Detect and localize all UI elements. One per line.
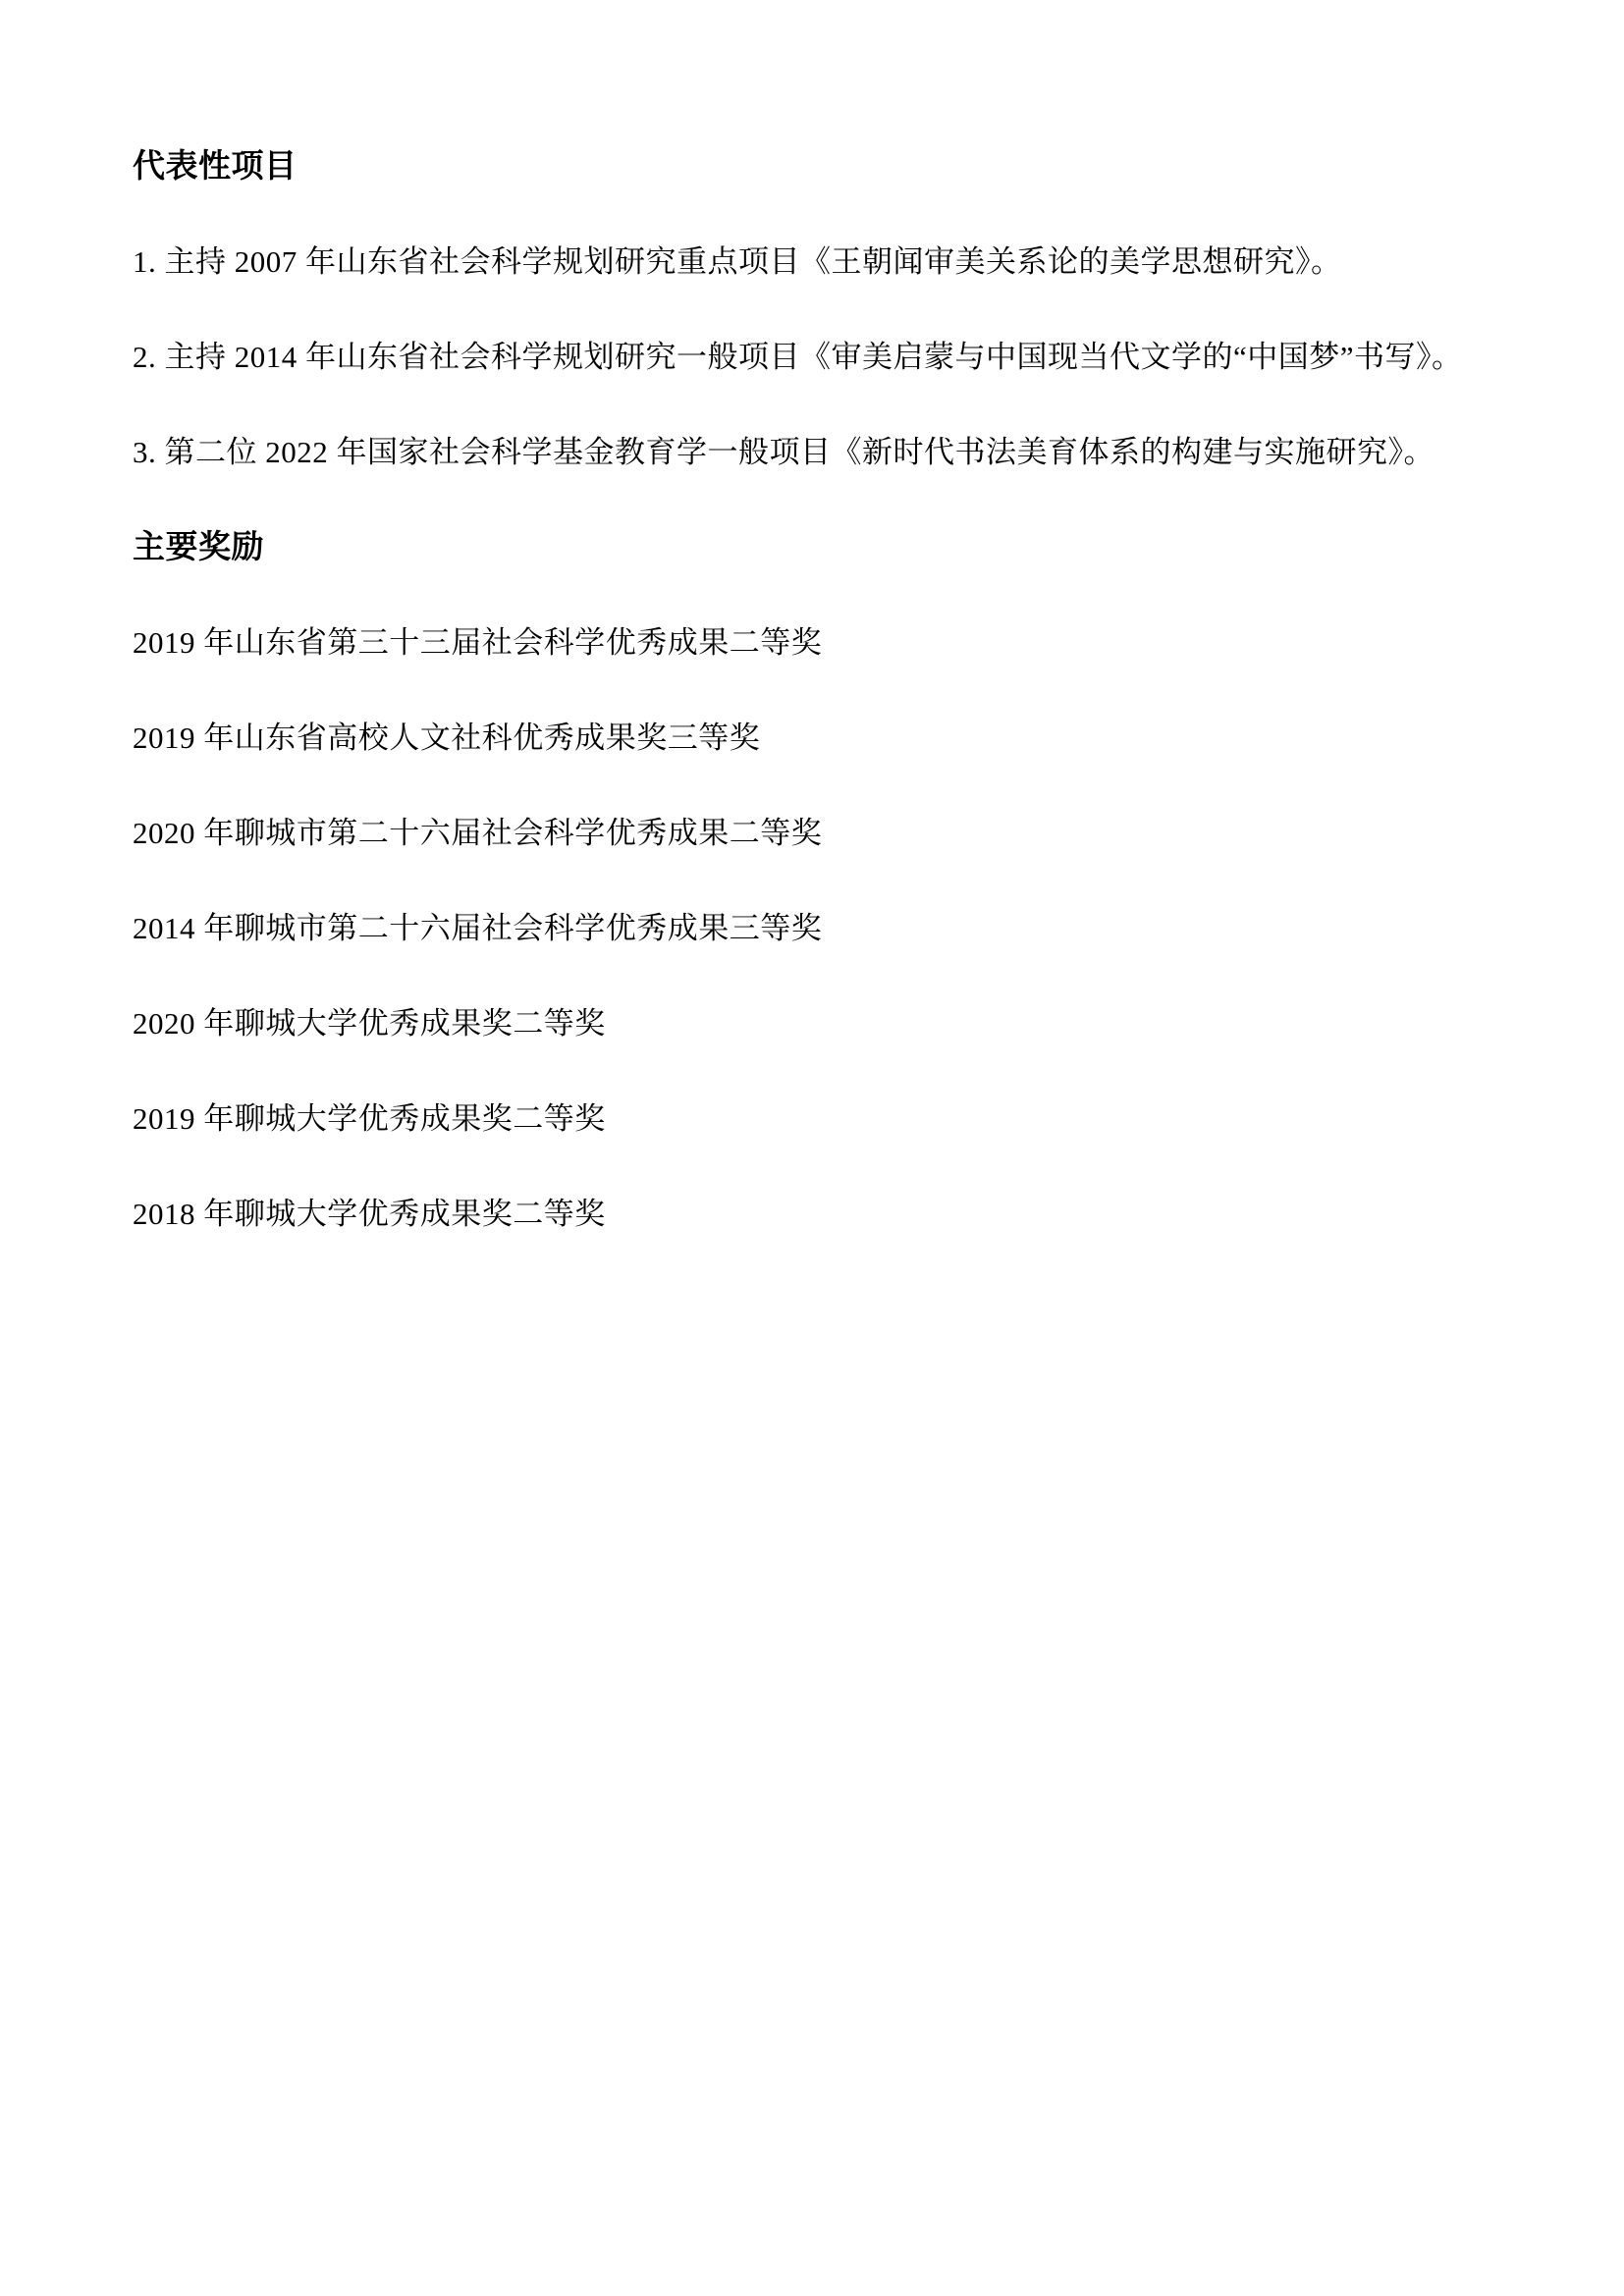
section-representative-projects: 代表性项目 1. 主持 2007 年山东省社会科学规划研究重点项目《王朝闻审美关…	[133, 131, 1581, 481]
project-item: 3. 第二位 2022 年国家社会科学基金教育学一般项目《新时代书法美育体系的构…	[133, 416, 1581, 481]
award-item: 2018 年聊城大学优秀成果奖二等奖	[133, 1178, 1581, 1243]
award-item: 2019 年山东省高校人文社科优秀成果奖三等奖	[133, 702, 1581, 767]
section-heading-main-awards: 主要奖励	[133, 511, 1581, 576]
project-item: 2. 主持 2014 年山东省社会科学规划研究一般项目《审美启蒙与中国现当代文学…	[133, 321, 1581, 386]
award-item: 2014 年聊城市第二十六届社会科学优秀成果三等奖	[133, 892, 1581, 957]
document-page: 代表性项目 1. 主持 2007 年山东省社会科学规划研究重点项目《王朝闻审美关…	[0, 0, 1624, 2296]
award-item: 2020 年聊城大学优秀成果奖二等奖	[133, 988, 1581, 1052]
section-heading-representative-projects: 代表性项目	[133, 131, 1581, 195]
section-main-awards: 主要奖励 2019 年山东省第三十三届社会科学优秀成果二等奖 2019 年山东省…	[133, 511, 1581, 1243]
project-item: 1. 主持 2007 年山东省社会科学规划研究重点项目《王朝闻审美关系论的美学思…	[133, 226, 1581, 291]
award-item: 2020 年聊城市第二十六届社会科学优秀成果二等奖	[133, 797, 1581, 862]
award-item: 2019 年山东省第三十三届社会科学优秀成果二等奖	[133, 607, 1581, 671]
award-item: 2019 年聊城大学优秀成果奖二等奖	[133, 1083, 1581, 1148]
